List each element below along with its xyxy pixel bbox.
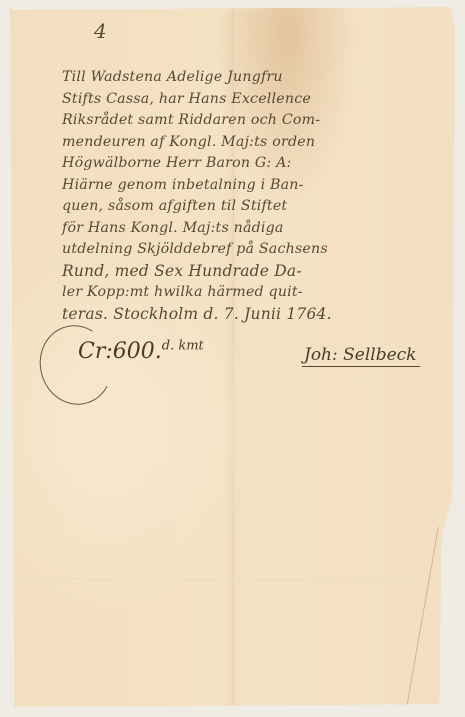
document-paper: 4 Till Wadstena Adelige Jungfru Stifts C… [10, 7, 455, 707]
horizontal-fold-line [10, 579, 455, 581]
text-line-date: teras. Stockholm d. 7. Junii 1764. [62, 304, 452, 326]
amount-prefix: Cr: [78, 339, 113, 364]
text-line: Högwälborne Herr Baron G: A: [62, 153, 452, 175]
text-line: Hiärne genom inbetalning i Ban- [62, 175, 452, 197]
text-line: ler Kopp:mt hwilka härmed quit- [62, 282, 452, 304]
amount-value: 600. [113, 339, 162, 364]
text-line: Riksrådet samt Riddaren och Com- [62, 110, 452, 132]
text-line: Till Wadstena Adelige Jungfru [62, 67, 452, 89]
page-mark: 4 [94, 19, 107, 43]
text-line: mendeuren af Kongl. Maj:ts orden [62, 132, 452, 154]
torn-corner-edge [406, 527, 461, 707]
amount-notation: Cr:600.d. kmt [46, 339, 172, 364]
flourish-ornament [31, 317, 121, 413]
text-line: utdelning Skjölddebref på Sachsens [62, 239, 452, 261]
text-line: Rund, med Sex Hundrade Da- [62, 261, 452, 283]
text-line: quen, såsom afgiften til Stiftet [62, 196, 452, 218]
signature: Joh: Sellbeck [302, 345, 420, 367]
text-line: för Hans Kongl. Maj:ts nådiga [62, 218, 452, 240]
receipt-body-text: Till Wadstena Adelige Jungfru Stifts Cas… [62, 67, 452, 325]
amount-unit: d. kmt [162, 339, 204, 354]
text-line: Stifts Cassa, har Hans Excellence [62, 89, 452, 111]
